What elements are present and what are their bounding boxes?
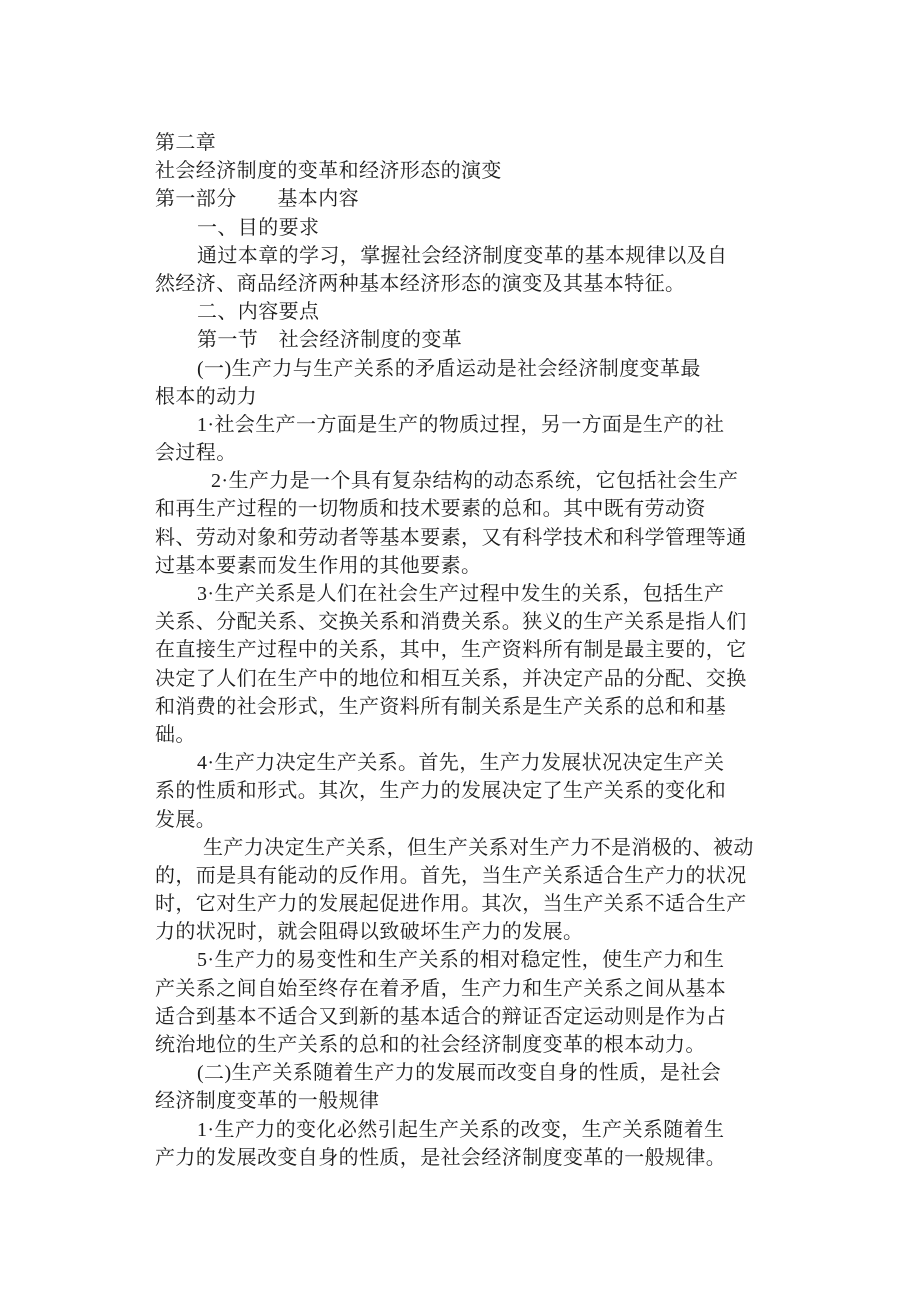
- text-line: 5·生产力的易变性和生产关系的相对稳定性，使生产力和生: [155, 946, 754, 974]
- text-line: 的，而是具有能动的反作用。首先，当生产关系适合生产力的状况: [155, 862, 754, 890]
- text-line: 第二章: [155, 129, 754, 157]
- text-line: 产力的发展改变自身的性质，是社会经济制度变革的一般规律。: [155, 1144, 754, 1172]
- text-line: (一)生产力与生产关系的矛盾运动是社会经济制度变革最: [155, 355, 754, 383]
- text-line: 统治地位的生产关系的总和的社会经济制度变革的根本动力。: [155, 1031, 754, 1059]
- text-line: 决定了人们在生产中的地位和相互关系，并决定产品的分配、交换: [155, 665, 754, 693]
- text-line: 通过本章的学习，掌握社会经济制度变革的基本规律以及自: [155, 242, 754, 270]
- text-line: 一、目的要求: [155, 214, 754, 242]
- text-line: 生产力决定生产关系，但生产关系对生产力不是消极的、被动: [155, 834, 754, 862]
- text-line: 料、劳动对象和劳动者等基本要素，又有科学技术和科学管理等通: [155, 524, 754, 552]
- text-line: 经济制度变革的一般规律: [155, 1087, 754, 1115]
- text-line: 力的状况时，就会阻碍以致破坏生产力的发展。: [155, 918, 754, 946]
- text-line: 第一节 社会经济制度的变革: [155, 326, 754, 354]
- text-line: 然经济、商品经济两种基本经济形态的演变及其基本特征。: [155, 270, 754, 298]
- text-line: 4·生产力决定生产关系。首先，生产力发展状况决定生产关: [155, 749, 754, 777]
- document-text-block: 第二章社会经济制度的变革和经济形态的演变第一部分 基本内容一、目的要求通过本章的…: [155, 129, 754, 1172]
- text-line: 在直接生产过程中的关系，其中，生产资料所有制是最主要的，它: [155, 636, 754, 664]
- text-line: 时，它对生产力的发展起促进作用。其次，当生产关系不适合生产: [155, 890, 754, 918]
- text-line: 关系、分配关系、交换关系和消费关系。狭义的生产关系是指人们: [155, 608, 754, 636]
- text-line: 2·生产力是一个具有复杂结构的动态系统，它包括社会生产: [155, 467, 754, 495]
- text-line: 1·社会生产一方面是生产的物质过捏，另一方面是生产的社: [155, 411, 754, 439]
- text-line: 过基本要素而发生作用的其他要素。: [155, 552, 754, 580]
- text-line: 3·生产关系是人们在社会生产过程中发生的关系，包括生产: [155, 580, 754, 608]
- text-line: 适合到基本不适合又到新的基本适合的辩证否定运动则是作为占: [155, 1003, 754, 1031]
- text-line: 和消费的社会形式，生产资料所有制关系是生产关系的总和和基: [155, 693, 754, 721]
- text-line: (二)生产关系随着生产力的发展而改变自身的性质，是社会: [155, 1059, 754, 1087]
- text-line: 根本的动力: [155, 383, 754, 411]
- text-line: 和再生产过程的一切物质和技术要素的总和。其中既有劳动资: [155, 495, 754, 523]
- text-line: 社会经济制度的变革和经济形态的演变: [155, 157, 754, 185]
- text-line: 二、内容要点: [155, 298, 754, 326]
- text-line: 会过程。: [155, 439, 754, 467]
- text-line: 础。: [155, 721, 754, 749]
- text-line: 第一部分 基本内容: [155, 185, 754, 213]
- text-line: 产关系之间自始至终存在着矛盾，生产力和生产关系之间从基本: [155, 975, 754, 1003]
- text-line: 系的性质和形式。其次，生产力的发展决定了生产关系的变化和: [155, 777, 754, 805]
- document-page: 第二章社会经济制度的变革和经济形态的演变第一部分 基本内容一、目的要求通过本章的…: [0, 0, 920, 1300]
- text-line: 1·生产力的变化必然引起生产关系的改变，生产关系随着生: [155, 1116, 754, 1144]
- text-line: 发展。: [155, 806, 754, 834]
